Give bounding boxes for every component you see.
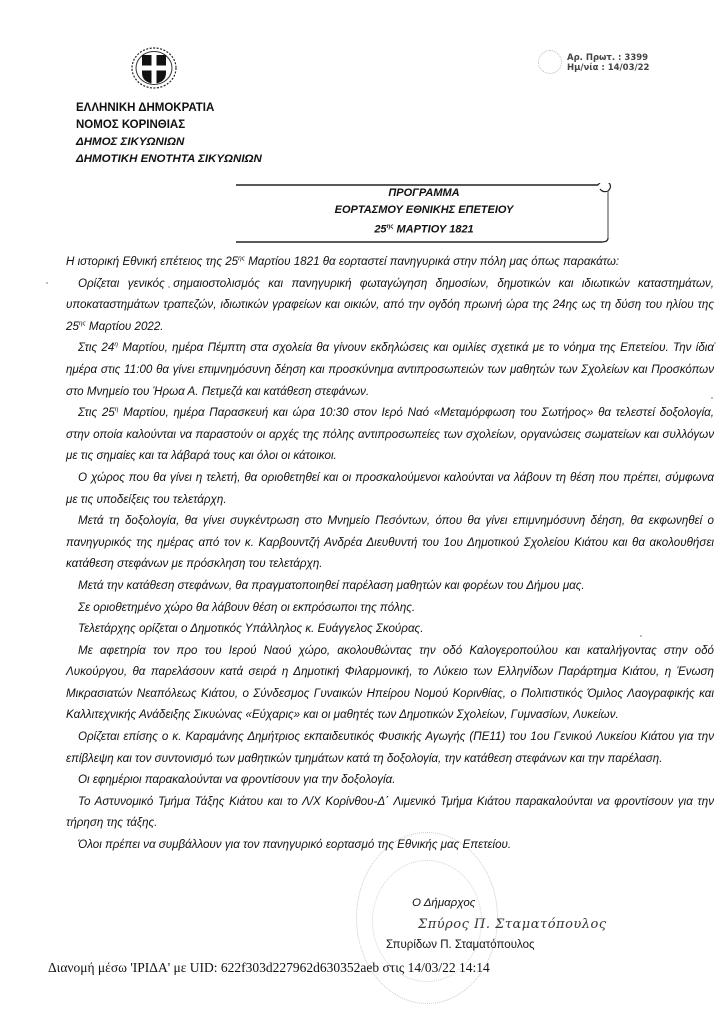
distribution-footer: Διανομή μέσω 'ΙΡΙΔΑ' με UID: 622f303d227… [48, 960, 490, 976]
paragraph-police: Το Αστυνομικό Τμήμα Τάξης Κιάτου και το … [66, 791, 714, 834]
paragraph-march-25: Στις 25η Μαρτίου, ημέρα Παρασκευή και ώρ… [66, 402, 714, 467]
paragraph-supervision: Ορίζεται επίσης ο κ. Καραμάνης Δημήτριος… [66, 726, 714, 769]
paragraph-master-of-ceremonies: Τελετάρχης ορίζεται ο Δημοτικός Υπάλληλο… [66, 618, 714, 640]
header-republic: ΕΛΛΗΝΙΚΗ ΔΗΜΟΚΡΑΤΙΑ [76, 100, 262, 117]
banner-program: ΠΡΟΓΡΑΜΜΑ [236, 185, 612, 202]
protocol-number: Αρ. Πρωτ. : 3399 [567, 53, 649, 63]
scan-speck [640, 635, 642, 637]
banner-date: 25ης ΜΑΡΤΙΟΥ 1821 [236, 219, 612, 239]
paragraph-closing: Όλοι πρέπει να συμβάλλουν για τον πανηγυ… [66, 834, 714, 856]
scan-speck [714, 342, 716, 344]
issuer-header: ΕΛΛΗΝΙΚΗ ΔΗΜΟΚΡΑΤΙΑ ΝΟΜΟΣ ΚΟΡΙΝΘΙΑΣ ΔΗΜΟ… [76, 100, 262, 168]
paragraph-after-doxology: Μετά τη δοξολογία, θα γίνει συγκέντρωση … [66, 510, 714, 575]
signatory-name: Σπυρίδων Π. Σταματόπουλος [386, 935, 607, 956]
header-municipal-unit: ΔΗΜΟΤΙΚΗ ΕΝΟΤΗΤΑ ΣΙΚΥΩΝΙΩΝ [76, 151, 262, 168]
paragraph-ceremony-space: Ο χώρος που θα γίνει η τελετή, θα οριοθε… [66, 467, 714, 510]
banner-celebration: ΕΟΡΤΑΣΜΟΥ ΕΘΝΙΚΗΣ ΕΠΕΤΕΙΟΥ [236, 202, 612, 219]
document-body: Η ιστορική Εθνική επέτειος της 25ης Μαρτ… [66, 251, 714, 856]
signatory-title: Ο Δήμαρχος [398, 893, 607, 914]
handwritten-signature: Σπύρος Π. Σταματόπουλος [398, 914, 607, 935]
signature-block: Ο Δήμαρχος Σπύρος Π. Σταματόπουλος Σπυρί… [398, 893, 607, 956]
protocol-info: Αρ. Πρωτ. : 3399 Ημ/νία : 14/03/22 [567, 53, 649, 73]
paragraph-intro: Η ιστορική Εθνική επέτειος της 25ης Μαρτ… [66, 251, 714, 273]
paragraph-march-24: Στις 24η Μαρτίου, ημέρα Πέμπτη στα σχολε… [66, 337, 714, 402]
paragraph-representatives: Σε οριοθετημένο χώρο θα λάβουν θέση οι ε… [66, 597, 714, 619]
greek-coat-of-arms-icon [130, 46, 178, 90]
scan-speck [711, 397, 713, 399]
header-prefecture: ΝΟΜΟΣ ΚΟΡΙΝΘΙΑΣ [76, 117, 262, 134]
protocol-stamp-mark [538, 50, 562, 74]
header-municipality: ΔΗΜΟΣ ΣΙΚΥΩΝΙΩΝ [76, 134, 262, 151]
paragraph-priests: Οι εφημέριοι παρακαλούνται να φροντίσουν… [66, 769, 714, 791]
paragraph-parade: Μετά την κατάθεση στεφάνων, θα πραγματοπ… [66, 575, 714, 597]
paragraph-decoration: Ορίζεται γενικός σημαιοστολισμός και παν… [66, 273, 714, 338]
scan-speck [168, 286, 170, 288]
title-banner: ΠΡΟΓΡΑΜΜΑ ΕΟΡΤΑΣΜΟΥ ΕΘΝΙΚΗΣ ΕΠΕΤΕΙΟΥ 25η… [236, 183, 612, 241]
protocol-date: Ημ/νία : 14/03/22 [567, 63, 649, 73]
paragraph-parade-route: Με αφετηρία τον προ του Ιερού Ναού χώρο,… [66, 640, 714, 726]
scan-speck [46, 282, 48, 284]
